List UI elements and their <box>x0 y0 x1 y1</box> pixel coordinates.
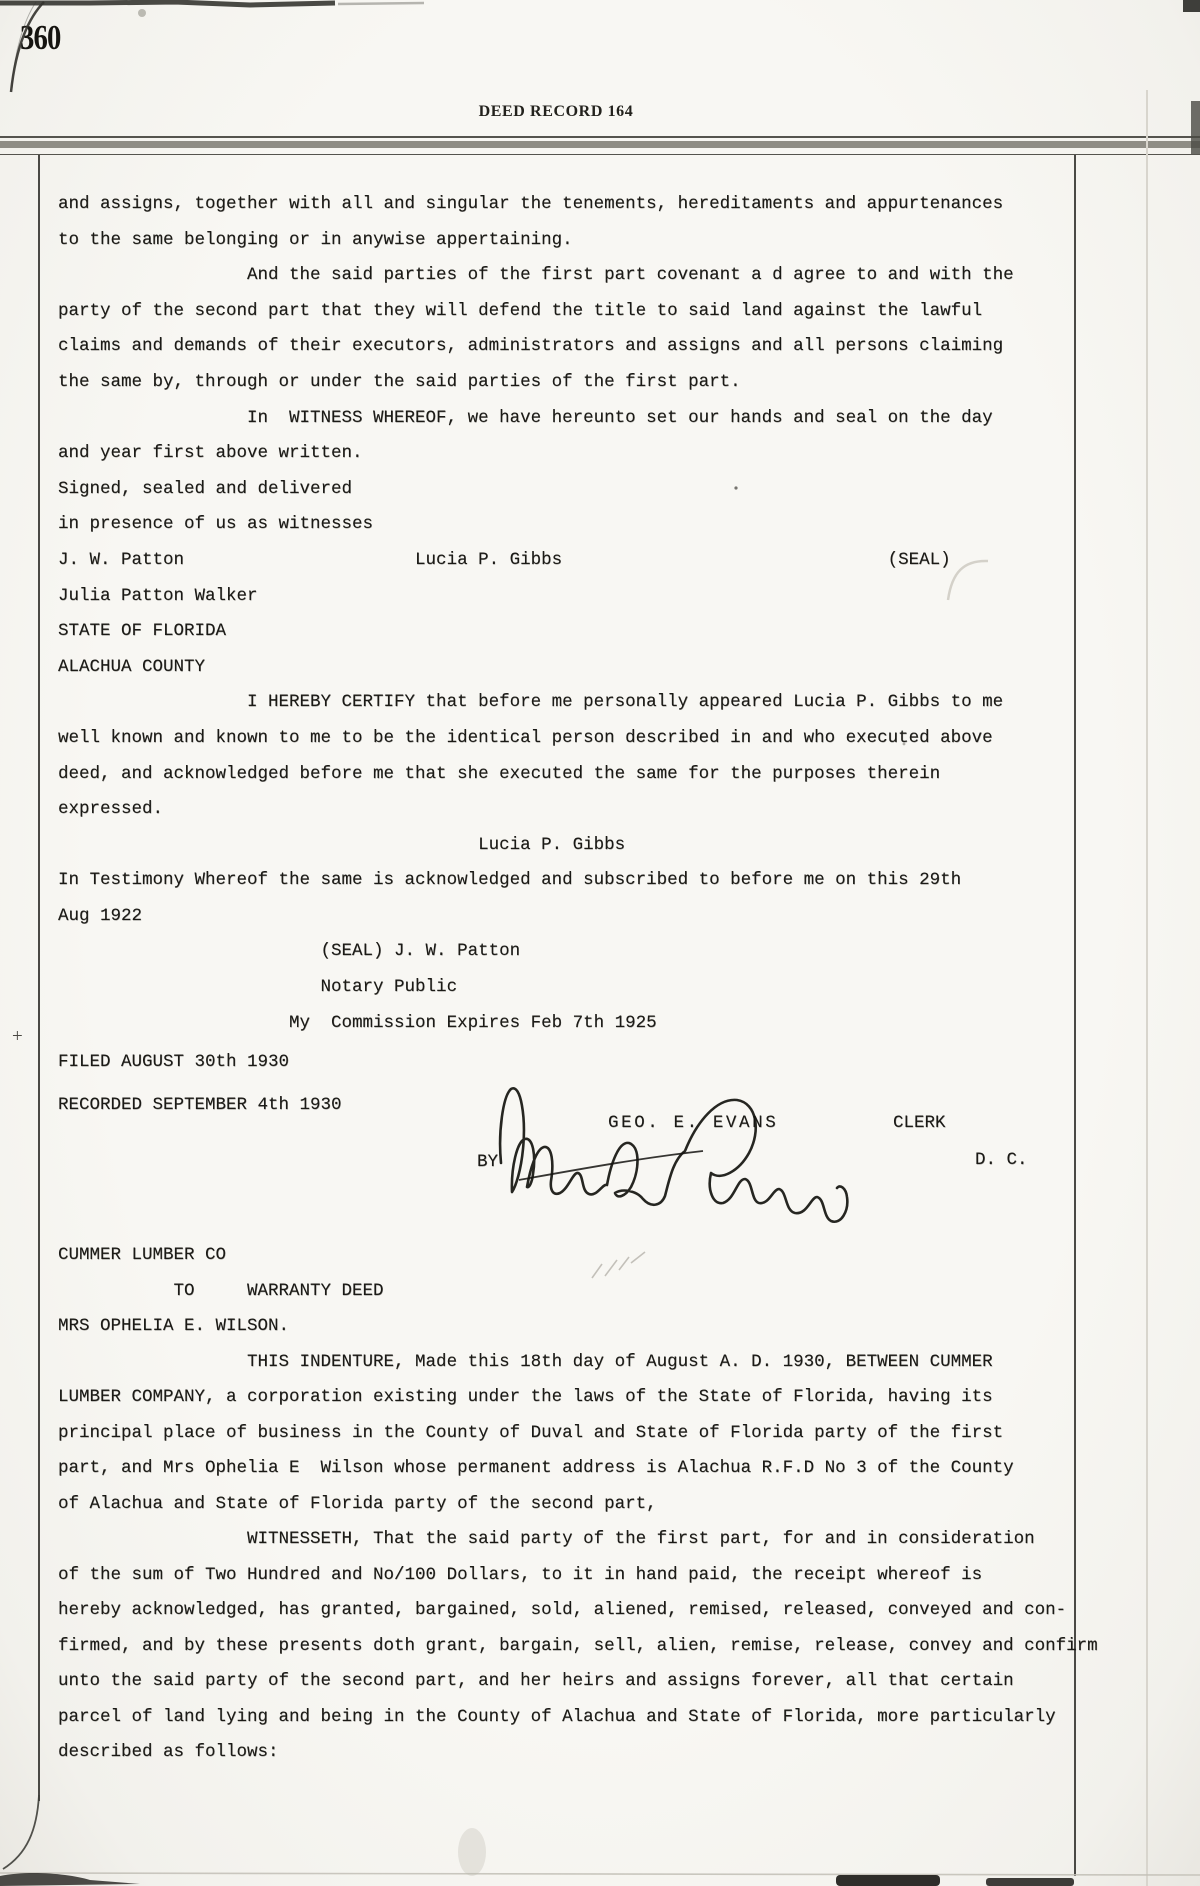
doc1-line: expressed. <box>58 792 1014 828</box>
page-header-title: DEED RECORD 164 <box>0 103 1112 121</box>
top-right-edge-mark <box>1183 0 1200 12</box>
header-rule-bottom <box>0 154 1200 156</box>
left-rule-bottom-curve <box>3 1795 39 1869</box>
doc1-line: In Testimony Whereof the same is acknowl… <box>58 863 1014 899</box>
paper-speck <box>138 9 146 17</box>
doc1-line: deed, and acknowledged before me that sh… <box>58 757 1014 793</box>
page-number: 360 <box>20 18 61 58</box>
doc2-line: firmed, and by these presents doth grant… <box>58 1629 1098 1665</box>
paper-edge-line <box>1146 90 1148 1886</box>
bottom-smudge-faint <box>458 1828 486 1876</box>
doc1-line: I HEREBY CERTIFY that before me personal… <box>58 685 1014 721</box>
doc2-line: MRS OPHELIA E. WILSON. <box>58 1309 1098 1345</box>
doc1-line: well known and known to me to be the ide… <box>58 721 1014 757</box>
doc1-line: and year first above written. <box>58 436 1014 472</box>
bottom-ink-blob <box>986 1878 1074 1886</box>
doc1-line: the same by, through or under the said p… <box>58 365 1014 401</box>
doc2-line: CUMMER LUMBER CO <box>58 1238 1098 1274</box>
doc2-line: LUMBER COMPANY, a corporation existing u… <box>58 1380 1098 1416</box>
doc2-text-block: CUMMER LUMBER CO TO WARRANTY DEEDMRS OPH… <box>58 1238 1098 1771</box>
doc1-text-block: and assigns, together with all and singu… <box>58 187 1014 1123</box>
doc1-line: RECORDED SEPTEMBER 4th 1930 <box>58 1088 1014 1124</box>
doc2-line: of the sum of Two Hundred and No/100 Dol… <box>58 1558 1098 1594</box>
clerk-by-label: BY <box>477 1152 498 1172</box>
clerk-title: CLERK <box>893 1113 946 1133</box>
doc1-line: Aug 1922 <box>58 899 1014 935</box>
header-rule-top <box>0 136 1200 138</box>
doc1-line: FILED AUGUST 30th 1930 <box>58 1045 1014 1081</box>
doc2-line: hereby acknowledged, has granted, bargai… <box>58 1593 1098 1629</box>
clerk-deputy-initials: D. C. <box>975 1150 1028 1170</box>
doc1-line: party of the second part that they will … <box>58 294 1014 330</box>
doc1-line: Julia Patton Walker <box>58 579 1014 615</box>
deed-record-page: 360 DEED RECORD 164 + and assigns, toget… <box>0 0 1200 1886</box>
doc1-line: In WITNESS WHEREOF, we have hereunto set… <box>58 401 1014 437</box>
doc1-line: ALACHUA COUNTY <box>58 650 1014 686</box>
doc1-line: And the said parties of the first part c… <box>58 258 1014 294</box>
bottom-ink-blob <box>836 1875 940 1886</box>
signature-strike-line <box>519 1151 703 1180</box>
doc1-line: Notary Public <box>58 970 1014 1006</box>
header-rule-mid <box>0 141 1200 148</box>
bottom-scan-line <box>0 1873 1200 1875</box>
doc2-line: WITNESSETH, That the said party of the f… <box>58 1522 1098 1558</box>
doc2-line: TO WARRANTY DEED <box>58 1274 1098 1310</box>
doc1-line: claims and demands of their executors, a… <box>58 329 1014 365</box>
doc1-line: J. W. Patton Lucia P. Gibbs (SEAL) <box>58 543 1014 579</box>
top-edge-smudge <box>0 2 335 5</box>
doc1-line: in presence of us as witnesses <box>58 507 1014 543</box>
doc2-line: THIS INDENTURE, Made this 18th day of Au… <box>58 1345 1098 1381</box>
doc2-line: parcel of land lying and being in the Co… <box>58 1700 1098 1736</box>
doc2-line: described as follows: <box>58 1735 1098 1771</box>
doc2-line: unto the said party of the second part, … <box>58 1664 1098 1700</box>
doc1-line: Signed, sealed and delivered <box>58 472 1014 508</box>
left-margin-rule <box>38 155 40 1801</box>
bottom-left-ink-blob <box>0 1873 140 1886</box>
top-edge-smudge-faint <box>338 3 424 4</box>
doc2-line: of Alachua and State of Florida party of… <box>58 1487 1098 1523</box>
doc2-line: part, and Mrs Ophelia E Wilson whose per… <box>58 1451 1098 1487</box>
clerk-signatory-name: GEO. E. EVANS <box>608 1113 778 1133</box>
doc1-line: and assigns, together with all and singu… <box>58 187 1014 223</box>
margin-plus-mark: + <box>12 1026 23 1048</box>
doc1-line: to the same belonging or in anywise appe… <box>58 223 1014 259</box>
doc2-line: principal place of business in the Count… <box>58 1416 1098 1452</box>
doc1-line: STATE OF FLORIDA <box>58 614 1014 650</box>
doc1-line: Lucia P. Gibbs <box>58 828 1014 864</box>
doc1-line: My Commission Expires Feb 7th 1925 <box>58 1006 1014 1042</box>
doc1-line: (SEAL) J. W. Patton <box>58 934 1014 970</box>
